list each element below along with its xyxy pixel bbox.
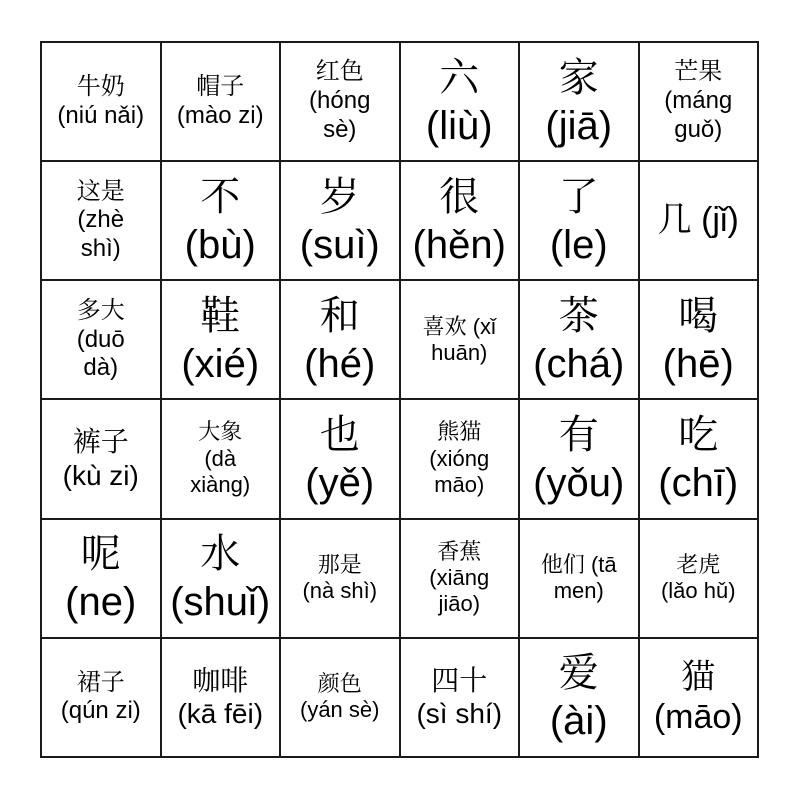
- cell-line: (suì): [300, 221, 380, 269]
- cell-line: (le): [550, 221, 608, 269]
- cell-r5c1[interactable]: 呢(ne): [42, 520, 162, 639]
- cell-line: (mào zi): [177, 102, 264, 131]
- bingo-card: 牛奶(niú nǎi) 帽子(mào zi) 红色(hóngsè) 六(liù)…: [40, 41, 759, 758]
- cell-r2c6[interactable]: 几 (jǐ): [640, 162, 760, 281]
- cell-line: 吃: [678, 411, 718, 459]
- cell-r4c1[interactable]: 裤子(kù zi): [42, 400, 162, 519]
- cell-r2c4[interactable]: 很(hěn): [401, 162, 521, 281]
- cell-line: (nà shì): [302, 578, 377, 604]
- cell-line: shì): [81, 235, 121, 264]
- cell-line: (hóng: [309, 87, 370, 116]
- cell-line: 岁: [320, 173, 360, 221]
- cell-line: (jiā): [545, 102, 612, 150]
- cell-r1c6[interactable]: 芒果(mángguǒ): [640, 43, 760, 162]
- cell-line: (chī): [658, 459, 738, 507]
- cell-line: 红色: [316, 58, 364, 87]
- cell-line: 家: [559, 54, 599, 102]
- cell-line: 老虎: [676, 552, 720, 578]
- cell-line: 爱: [559, 649, 599, 697]
- cell-line: sè): [323, 116, 356, 145]
- cell-r2c3[interactable]: 岁(suì): [281, 162, 401, 281]
- cell-r6c6[interactable]: 猫(māo): [640, 639, 760, 758]
- cell-line: 牛奶: [77, 73, 125, 102]
- cell-r5c4[interactable]: 香蕉(xiāngjiāo): [401, 520, 521, 639]
- cell-r6c5[interactable]: 爱(ài): [520, 639, 640, 758]
- cell-line: (yán sè): [300, 697, 379, 723]
- cell-line: 香蕉: [437, 539, 481, 565]
- cell-r4c2[interactable]: 大象(dàxiàng): [162, 400, 282, 519]
- cell-line: (māo): [654, 697, 743, 738]
- cell-line: (duō: [77, 326, 125, 355]
- cell-line: guǒ): [674, 116, 722, 145]
- cell-line: (kā fēi): [177, 697, 263, 731]
- cell-line: 有: [559, 411, 599, 459]
- cell-line: māo): [434, 472, 484, 498]
- cell-line: (liù): [426, 102, 493, 150]
- cell-r4c6[interactable]: 吃(chī): [640, 400, 760, 519]
- cell-r2c1[interactable]: 这是(zhèshì): [42, 162, 162, 281]
- cell-line: 和: [320, 292, 360, 340]
- cell-r4c4[interactable]: 熊猫(xióngmāo): [401, 400, 521, 519]
- cell-line: (hé): [304, 340, 375, 388]
- cell-r6c2[interactable]: 咖啡(kā fēi): [162, 639, 282, 758]
- cell-r4c3[interactable]: 也(yě): [281, 400, 401, 519]
- cell-line: (niú nǎi): [57, 102, 144, 131]
- cell-line: (qún zi): [61, 697, 141, 726]
- cell-line: 熊猫: [437, 419, 481, 445]
- cell-r3c4[interactable]: 喜欢 (xǐhuān): [401, 281, 521, 400]
- cell-line: dà): [83, 354, 118, 383]
- cell-r1c2[interactable]: 帽子(mào zi): [162, 43, 282, 162]
- cell-r2c2[interactable]: 不(bù): [162, 162, 282, 281]
- cell-r3c5[interactable]: 茶(chá): [520, 281, 640, 400]
- cell-line: 四十: [431, 664, 487, 698]
- cell-line: 大象: [198, 419, 242, 445]
- cell-line: (hē): [663, 340, 734, 388]
- cell-line: 茶: [559, 292, 599, 340]
- cell-line: 也: [320, 411, 360, 459]
- cell-line: 裤子: [73, 425, 129, 459]
- cell-line: 裙子: [77, 669, 125, 698]
- cell-line: 多大: [77, 297, 125, 326]
- cell-line: (xiāng: [429, 565, 489, 591]
- cell-line: (dà: [204, 446, 236, 472]
- cell-line: (ne): [65, 578, 136, 626]
- cell-line: (chá): [533, 340, 624, 388]
- cell-r1c1[interactable]: 牛奶(niú nǎi): [42, 43, 162, 162]
- cell-r6c3[interactable]: 颜色(yán sè): [281, 639, 401, 758]
- cell-line: 芒果: [674, 58, 722, 87]
- cell-line: (bù): [185, 221, 256, 269]
- cell-line: 了: [559, 173, 599, 221]
- cell-r1c5[interactable]: 家(jiā): [520, 43, 640, 162]
- cell-r6c1[interactable]: 裙子(qún zi): [42, 639, 162, 758]
- cell-r6c4[interactable]: 四十(sì shí): [401, 639, 521, 758]
- cell-line: 他们 (tā: [541, 552, 617, 578]
- cell-r5c5[interactable]: 他们 (tāmen): [520, 520, 640, 639]
- cell-line: (ài): [550, 697, 608, 745]
- cell-r5c3[interactable]: 那是(nà shì): [281, 520, 401, 639]
- cell-line: men): [554, 578, 604, 604]
- cell-line: (xié): [181, 340, 259, 388]
- cell-r2c5[interactable]: 了(le): [520, 162, 640, 281]
- cell-line: huān): [431, 340, 487, 366]
- cell-line: (lǎo hǔ): [661, 578, 736, 604]
- cell-line: 很: [439, 173, 479, 221]
- page: 牛奶(niú nǎi) 帽子(mào zi) 红色(hóngsè) 六(liù)…: [0, 0, 800, 800]
- cell-line: jiāo): [438, 591, 480, 617]
- cell-line: (kù zi): [63, 459, 139, 493]
- cell-line: 猫: [681, 657, 715, 698]
- cell-r5c2[interactable]: 水(shuǐ): [162, 520, 282, 639]
- cell-r3c3[interactable]: 和(hé): [281, 281, 401, 400]
- cell-line: 喜欢 (xǐ: [423, 314, 496, 340]
- cell-line: 水: [200, 530, 240, 578]
- cell-r1c3[interactable]: 红色(hóngsè): [281, 43, 401, 162]
- cell-line: 颜色: [318, 671, 362, 697]
- cell-line: (shuǐ): [170, 578, 270, 626]
- cell-r3c6[interactable]: 喝(hē): [640, 281, 760, 400]
- cell-r3c2[interactable]: 鞋(xié): [162, 281, 282, 400]
- cell-line: (hěn): [413, 221, 506, 269]
- cell-line: 帽子: [196, 73, 244, 102]
- cell-r4c5[interactable]: 有(yǒu): [520, 400, 640, 519]
- cell-line: 那是: [318, 552, 362, 578]
- cell-line: (yě): [305, 459, 374, 507]
- cell-line: (máng: [664, 87, 732, 116]
- cell-line: xiàng): [190, 472, 250, 498]
- cell-r1c4[interactable]: 六(liù): [401, 43, 521, 162]
- cell-line: 不: [200, 173, 240, 221]
- cell-line: 喝: [678, 292, 718, 340]
- cell-line: 这是: [77, 178, 125, 207]
- cell-line: 鞋: [200, 292, 240, 340]
- cell-line: (yǒu): [533, 459, 624, 507]
- cell-line: (xióng: [429, 446, 489, 472]
- cell-line: 六: [439, 54, 479, 102]
- cell-r3c1[interactable]: 多大(duōdà): [42, 281, 162, 400]
- cell-line: (sì shí): [416, 697, 502, 731]
- cell-line: (zhè: [77, 206, 124, 235]
- cell-line: 几 (jǐ): [658, 200, 739, 241]
- cell-r5c6[interactable]: 老虎(lǎo hǔ): [640, 520, 760, 639]
- cell-line: 呢: [81, 530, 121, 578]
- cell-line: 咖啡: [192, 664, 248, 698]
